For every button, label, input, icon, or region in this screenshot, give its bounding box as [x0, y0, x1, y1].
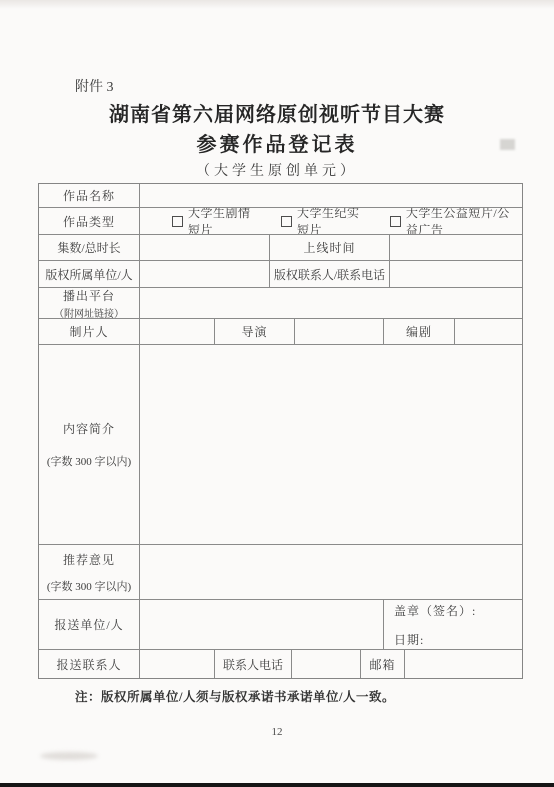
option-label: 大学生公益短片/公益广告: [406, 208, 522, 234]
checkbox-icon: [172, 216, 183, 227]
scanned-document-page: 附件 3 湖南省第六届网络原创视听节目大赛 参赛作品登记表 （大学生原创单元） …: [0, 0, 554, 787]
online-time-value: [389, 235, 522, 260]
work-type-options: 大学生剧情短片 大学生纪实短片 大学生公益短片/公益广告: [139, 208, 522, 234]
submitting-unit-label: 报送单位/人: [39, 600, 139, 649]
submitting-unit-value: [139, 600, 383, 649]
recommendation-label: 推荐意见 (字数 300 字以内): [39, 545, 139, 599]
copyright-owner-value: [139, 261, 269, 287]
table-row-platform: 播出平台 （附网址链接）: [39, 287, 522, 318]
option-documentary-short: 大学生纪实短片: [281, 208, 368, 234]
screenwriter-value: [454, 319, 522, 344]
option-drama-short: 大学生剧情短片: [172, 208, 259, 234]
copyright-contact-label: 版权联系人/联系电话: [269, 261, 389, 287]
seal-label: 盖章（签名）:: [394, 602, 476, 619]
scan-artifact-edge-mark: [500, 139, 515, 150]
table-row-work-name: 作品名称: [39, 184, 522, 207]
platform-label-main: 播出平台: [63, 288, 115, 304]
episodes-duration-label: 集数/总时长: [39, 235, 139, 260]
scan-edge-shadow-top: [0, 0, 554, 9]
producer-value: [139, 319, 214, 344]
online-time-label: 上线时间: [269, 235, 389, 260]
submitting-contact-value: [139, 650, 214, 678]
work-type-label: 作品类型: [39, 208, 139, 234]
registration-form-table: 作品名称 作品类型 大学生剧情短片 大学生纪实短片 大学生公益短片/公益广告 集…: [38, 183, 523, 679]
contact-phone-value: [291, 650, 360, 678]
platform-value: [139, 288, 522, 318]
attachment-label: 附件 3: [75, 76, 114, 96]
synopsis-label-main: 内容简介: [63, 420, 115, 437]
recommendation-value: [139, 545, 522, 599]
platform-label-sub: （附网址链接）: [54, 305, 124, 319]
email-value: [404, 650, 522, 678]
copyright-contact-value: [389, 261, 522, 287]
recommendation-label-sub: (字数 300 字以内): [47, 578, 131, 594]
option-label: 大学生纪实短片: [297, 208, 368, 234]
table-row-copyright: 版权所属单位/人 版权联系人/联系电话: [39, 260, 522, 287]
screenwriter-label: 编剧: [383, 319, 454, 344]
submitting-contact-label: 报送联系人: [39, 650, 139, 678]
email-label: 邮箱: [360, 650, 404, 678]
footnote: 注：版权所属单位/人须与版权承诺书承诺单位/人一致。: [75, 687, 395, 705]
contact-phone-label: 联系人电话: [214, 650, 291, 678]
synopsis-label-sub: (字数 300 字以内): [47, 453, 131, 469]
episodes-duration-value: [139, 235, 269, 260]
director-label: 导演: [214, 319, 294, 344]
table-row-credits: 制片人 导演 编剧: [39, 318, 522, 344]
work-name-label: 作品名称: [39, 184, 139, 207]
page-number: 12: [0, 726, 554, 738]
synopsis-label: 内容简介 (字数 300 字以内): [39, 345, 139, 544]
table-row-submitting-unit: 报送单位/人 盖章（签名）: 日期:: [39, 599, 522, 649]
copyright-owner-label: 版权所属单位/人: [39, 261, 139, 287]
scan-edge-bar-bottom: [0, 783, 554, 787]
scan-artifact-smudge: [40, 752, 98, 760]
table-row-work-type: 作品类型 大学生剧情短片 大学生纪实短片 大学生公益短片/公益广告: [39, 207, 522, 234]
table-row-episodes: 集数/总时长 上线时间: [39, 234, 522, 260]
director-value: [294, 319, 383, 344]
option-label: 大学生剧情短片: [188, 208, 259, 234]
seal-cell: 盖章（签名）: 日期:: [383, 600, 522, 649]
document-title-line1: 湖南省第六届网络原创视听节目大赛: [0, 98, 554, 127]
document-subtitle: （大学生原创单元）: [0, 160, 554, 180]
recommendation-label-main: 推荐意见: [63, 551, 115, 568]
work-name-value: [139, 184, 522, 207]
option-public-welfare-short: 大学生公益短片/公益广告: [390, 208, 522, 234]
platform-label: 播出平台 （附网址链接）: [39, 288, 139, 318]
document-title-line2: 参赛作品登记表: [0, 128, 554, 157]
table-row-synopsis: 内容简介 (字数 300 字以内): [39, 344, 522, 544]
date-label: 日期:: [394, 631, 424, 648]
checkbox-icon: [390, 216, 401, 227]
synopsis-value: [139, 345, 522, 544]
table-row-recommendation: 推荐意见 (字数 300 字以内): [39, 544, 522, 599]
table-row-submitting-contact: 报送联系人 联系人电话 邮箱: [39, 649, 522, 678]
checkbox-icon: [281, 216, 292, 227]
producer-label: 制片人: [39, 319, 139, 344]
